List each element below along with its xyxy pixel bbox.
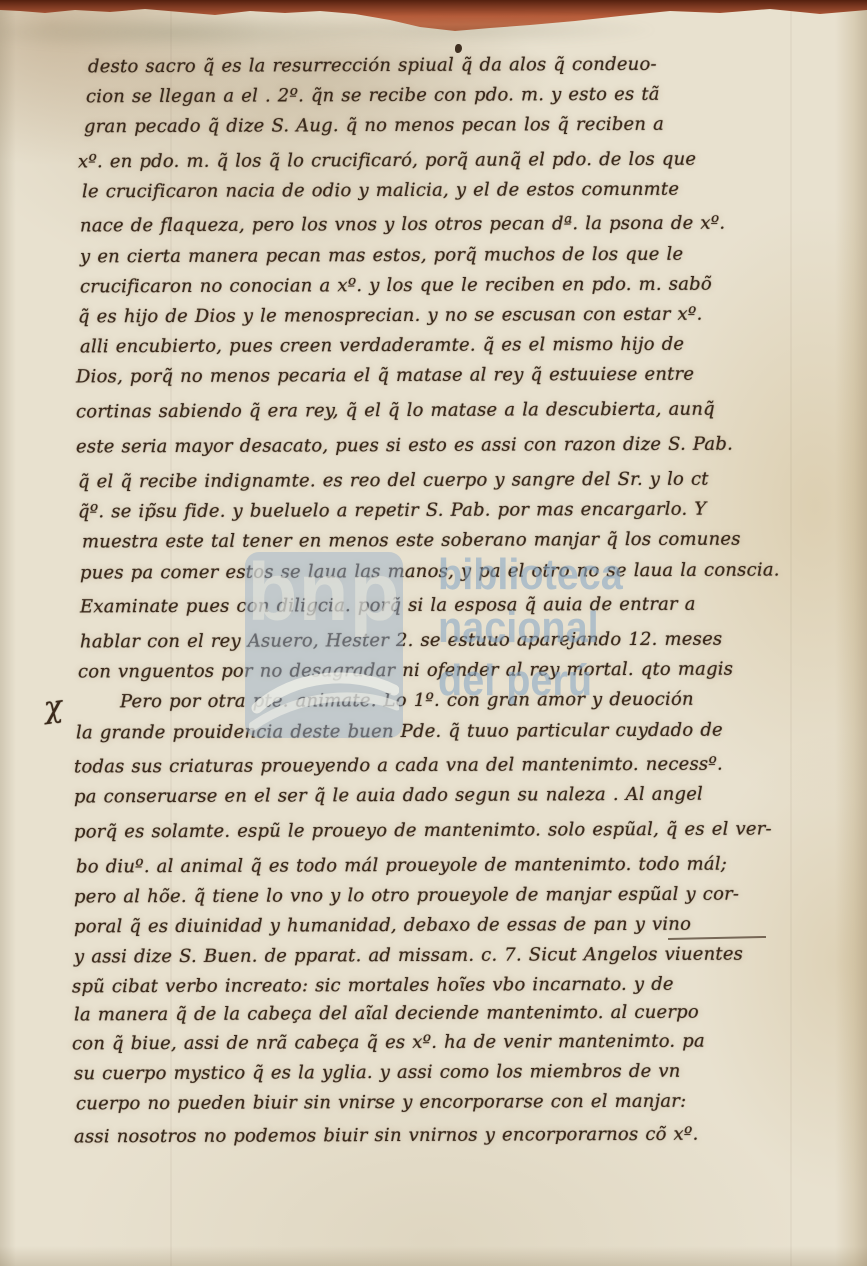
manuscript-line: cion se llegan a el . 2º. q̃n se recibe … (86, 84, 660, 108)
manuscript-line: con vnguentos por no desagradar ni ofend… (78, 659, 733, 683)
manuscript-line: este seria mayor desacato, pues si esto … (76, 434, 733, 458)
manuscript-line: pero al hõe. q̃ tiene lo vno y lo otro p… (74, 884, 739, 908)
manuscript-line: gran pecado q̃ dize S. Aug. q̃ no menos … (84, 114, 664, 138)
manuscript-line: muestra este tal tener en menos este sob… (82, 529, 741, 553)
manuscript-line: Dios, porq̃ no menos pecaria el q̃ matas… (76, 364, 694, 388)
manuscript-line: le crucificaron nacia de odio y malicia,… (82, 179, 679, 203)
manuscript-line: Pero por otra pte. animate. Lo 1º. con g… (120, 689, 694, 713)
manuscript-line: todas sus criaturas proueyendo a cada vn… (74, 754, 723, 778)
manuscript-line: y en cierta manera pecan mas estos, porq… (80, 244, 683, 268)
manuscript-line: assi nosotros no podemos biuir sin vnirn… (74, 1124, 699, 1148)
manuscript-line: desto sacro q̃ es la resurrección spiual… (88, 54, 657, 77)
manuscript-line: q̃ es hijo de Dios y le menosprecian. y … (78, 304, 703, 328)
manuscript-text: desto sacro q̃ es la resurrección spiual… (0, 0, 867, 1266)
manuscript-line: cortinas sabiendo q̃ era rey, q̃ el q̃ l… (76, 399, 715, 423)
manuscript-line: poral q̃ es diuinidad y humanidad, debax… (74, 914, 691, 938)
manuscript-line: bo diuº. al animal q̃ es todo mál prouey… (76, 854, 727, 878)
manuscript-line: q̃º. se ip̃su fide. y bueluelo a repetir… (78, 499, 706, 523)
manuscript-line: nace de flaqueza, pero los vnos y los ot… (80, 213, 725, 237)
manuscript-line: q̃ el q̃ recibe indignamte. es reo del c… (78, 469, 709, 493)
manuscript-line: la manera q̃ de la cabeça del aĩal decie… (74, 1002, 699, 1026)
manuscript-line: hablar con el rey Asuero, Hester 2. se e… (80, 629, 722, 653)
manuscript-line: la grande prouidencia deste buen Pde. q̃… (76, 720, 723, 744)
manuscript-line: pa conseruarse en el ser q̃ le auia dado… (74, 784, 703, 808)
manuscript-line: crucificaron no conocian a xº. y los que… (80, 274, 712, 298)
manuscript-line: cuerpo no pueden biuir sin vnirse y enco… (76, 1091, 686, 1115)
manuscript-line: pues pa comer estos se laua las manos, y… (80, 559, 780, 583)
manuscript-line: con q̃ biue, assi de nrã cabeça q̃ es xº… (72, 1031, 705, 1055)
manuscript-line: porq̃ es solamte. espũ le proueyo de man… (74, 818, 772, 842)
manuscript-line: Examinate pues con diligcia. porq̃ si la… (80, 594, 696, 618)
manuscript-line: alli encubierto, pues creen verdaderamte… (80, 334, 684, 358)
manuscript-line: y assi dize S. Buen. de pparat. ad missa… (74, 944, 743, 968)
manuscript-line: spũ cibat verbo increato: sic mortales h… (72, 974, 674, 998)
manuscript-line: xº. en pdo. m. q̃ los q̃ lo crucificaró,… (78, 149, 696, 173)
manuscript-line: su cuerpo mystico q̃ es la yglia. y assi… (74, 1061, 681, 1085)
manuscript-page: desto sacro q̃ es la resurrección spiual… (0, 0, 867, 1266)
